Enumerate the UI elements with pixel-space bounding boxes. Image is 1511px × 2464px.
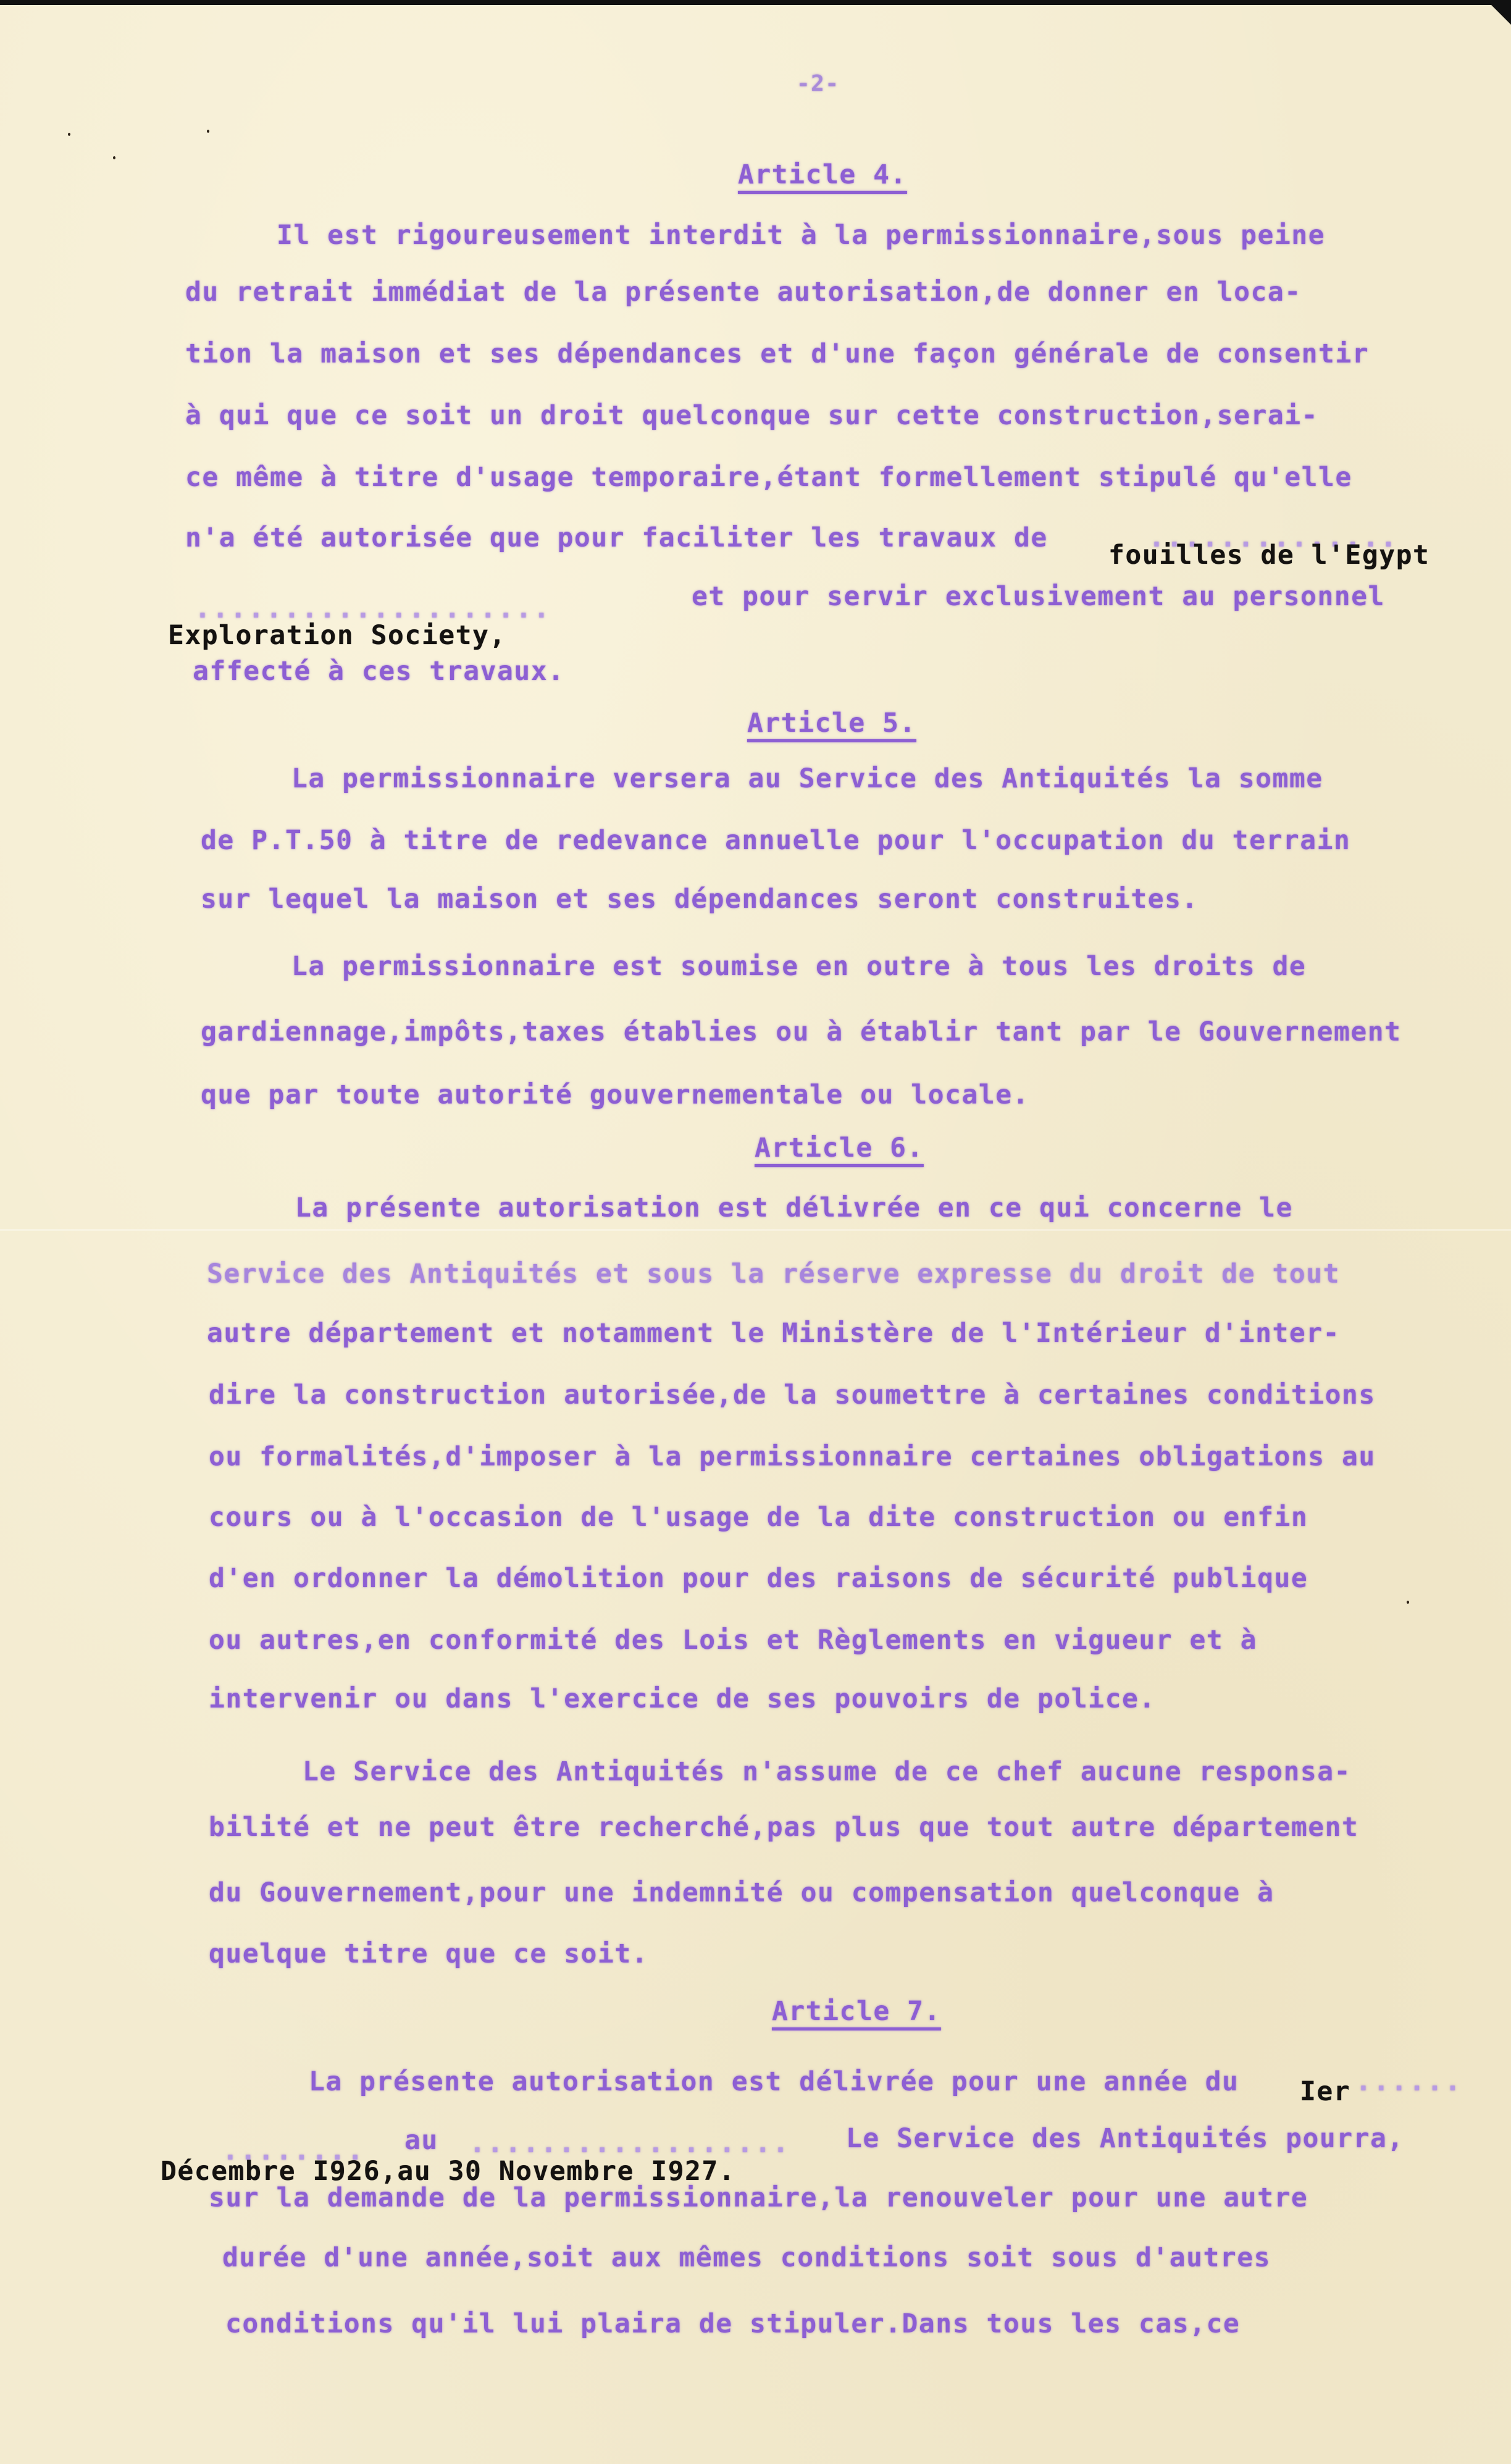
typed-fill-in: Décembre I926,au 30 Novembre I927. [161,2158,735,2185]
article-6-line: quelque titre que ce soit. [209,1941,648,1967]
article-6-line: du Gouvernement,pour une indemnité ou co… [209,1880,1274,1906]
article-5-line: que par toute autorité gouvernementale o… [201,1082,1029,1108]
typed-fill-in: Ier [1300,2079,1350,2105]
article-7-line: conditions qu'il lui plaira de stipuler.… [225,2311,1240,2337]
ink-speck [68,133,70,136]
article-4-line: et pour servir exclusivement au personne… [692,584,1385,610]
article-6-line: bilité et ne peut être recherché,pas plu… [209,1814,1358,1841]
article-6-line: cours ou à l'occasion de l'usage de la d… [209,1504,1308,1531]
article-6-line: dire la construction autorisée,de la sou… [209,1382,1376,1409]
article-6-line: ou autres,en conformité des Lois et Règl… [209,1627,1257,1654]
article-4-line: à qui que ce soit un droit quelconque su… [185,403,1318,429]
typed-fill-in: fouilles de l'Egypt [1108,542,1429,569]
page-number: -2- [797,73,840,95]
article-7-line: sur la demande de la permissionnaire,la … [209,2185,1308,2211]
article-6-line: La présente autorisation est délivrée en… [295,1195,1293,1222]
folded-corner [1486,0,1511,25]
ink-speck [1407,1601,1409,1604]
document-page: -2- Article 4. Il est rigoureusement int… [0,0,1511,2464]
article-4-line: affecté à ces travaux. [193,658,565,685]
article-5-line: sur lequel la maison et ses dépendances … [201,886,1199,913]
fill-in-dots: ...... [1355,2069,1462,2095]
article-6-line: Service des Antiquités et sous la réserv… [207,1261,1340,1288]
article-6-line: Le Service des Antiquités n'assume de ce… [303,1759,1351,1785]
article-7-heading: Article 7. [772,1998,941,2025]
article-6-line: intervenir ou dans l'exercice de ses pou… [209,1686,1156,1712]
article-5-line: gardiennage,impôts,taxes établies ou à é… [201,1019,1402,1046]
typed-fill-in: Exploration Society, [168,622,506,649]
article-7-line: au [404,2127,438,2154]
article-4-line: ce même à titre d'usage temporaire,étant… [185,464,1352,491]
article-4-line: du retrait immédiat de la présente autor… [185,279,1302,306]
article-6-line: autre département et notamment le Minist… [207,1320,1340,1347]
ink-speck [207,130,209,133]
article-4-line: Il est rigoureusement interdit à la perm… [277,222,1325,249]
article-6-line: d'en ordonner la démolition pour des rai… [209,1565,1308,1592]
article-7-line: Le Service des Antiquités pourra, [846,2126,1404,2152]
article-7-line: La présente autorisation est délivrée po… [309,2069,1239,2095]
scan-top-edge [0,0,1511,5]
article-6-line: ou formalités,d'imposer à la permissionn… [209,1444,1376,1470]
article-7-line: durée d'une année,soit aux mêmes conditi… [222,2245,1271,2271]
article-4-line: n'a été autorisée que pour faciliter les… [185,525,1048,551]
ink-speck [113,156,115,159]
article-5-line: La permissionnaire versera au Service de… [291,766,1323,792]
article-4-heading: Article 4. [738,162,907,188]
article-5-heading: Article 5. [747,710,916,737]
paper-crease [0,1229,1511,1231]
article-4-line: tion la maison et ses dépendances et d'u… [185,341,1369,367]
article-5-line: La permissionnaire est soumise en outre … [291,953,1306,980]
article-5-line: de P.T.50 à titre de redevance annuelle … [201,828,1350,854]
fill-in-dots: .................. [469,2131,790,2157]
fill-in-dots: .................... [195,596,551,622]
article-6-heading: Article 6. [755,1135,924,1162]
